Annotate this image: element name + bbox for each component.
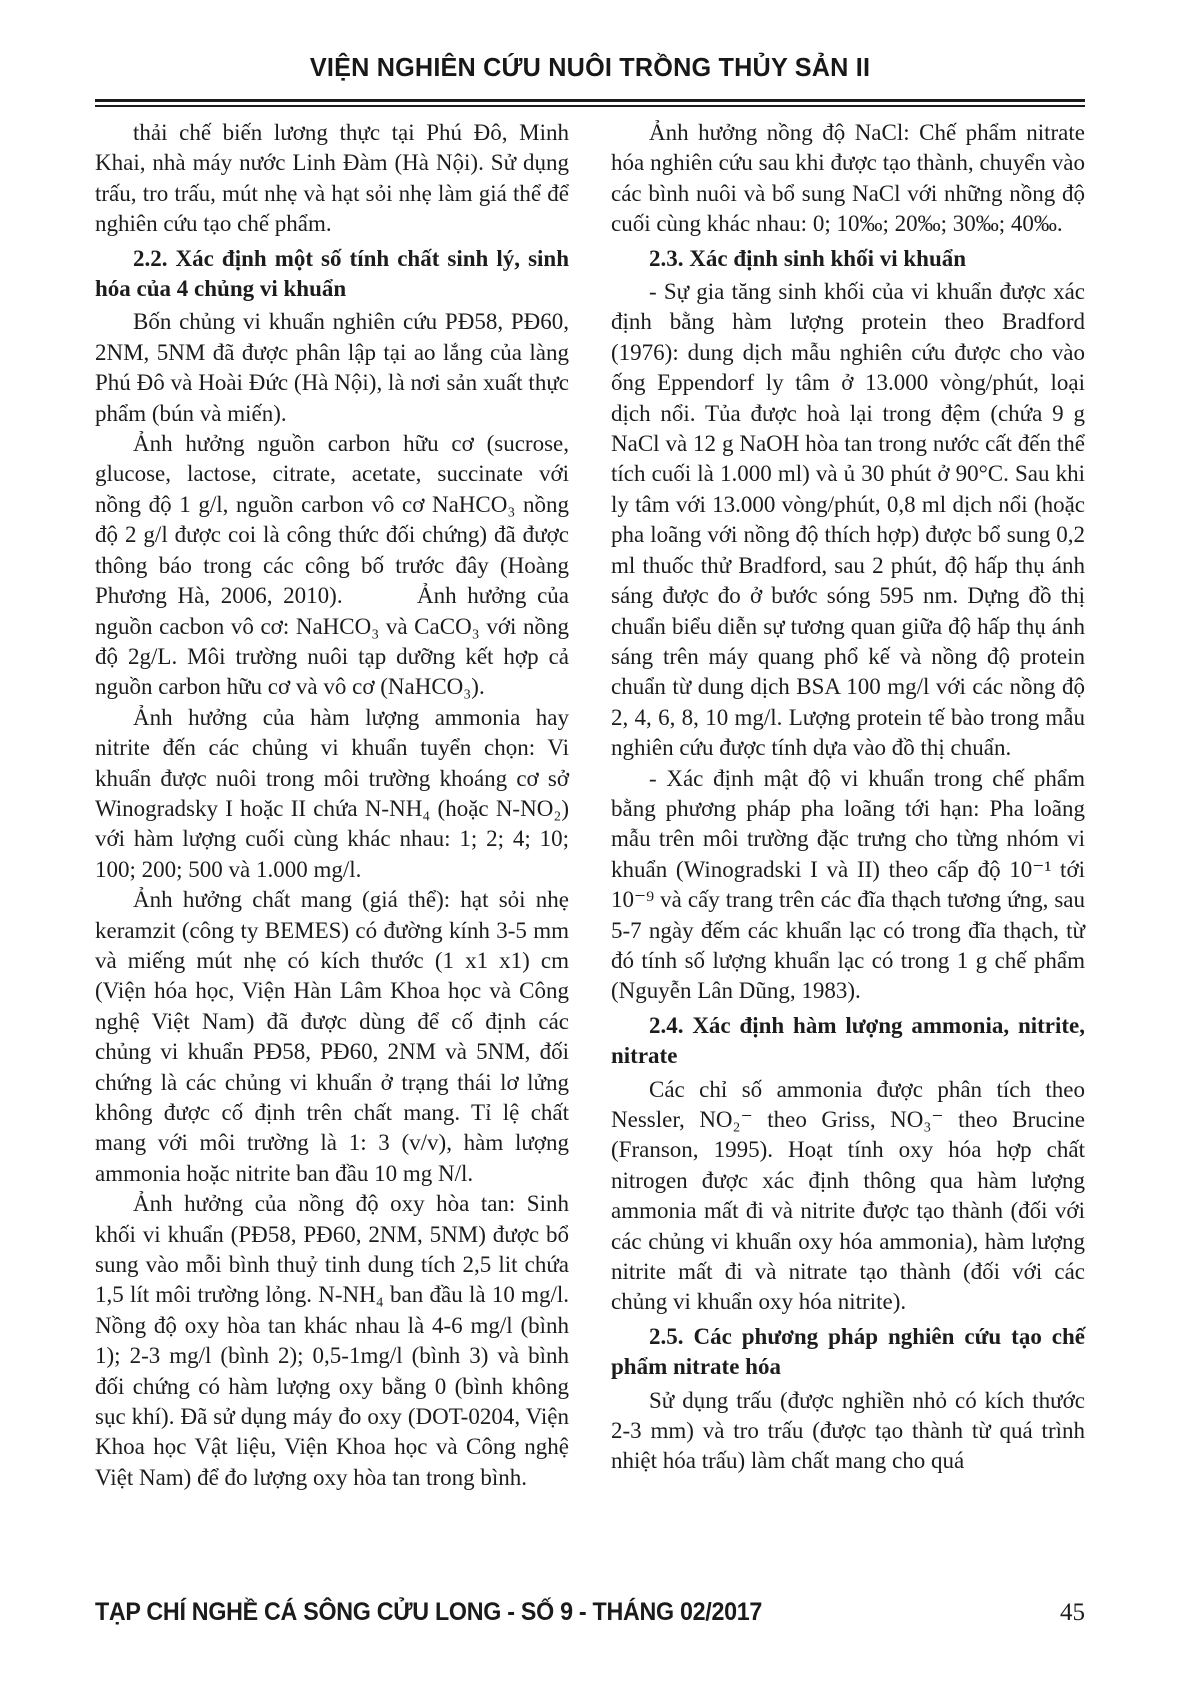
paragraph: - Xác định mật độ vi khuẩn trong chế phẩ… xyxy=(611,764,1085,1007)
paragraph: Bốn chủng vi khuẩn nghiên cứu PĐ58, PĐ60… xyxy=(95,307,569,429)
paragraph: Các chỉ số ammonia được phân tích theo N… xyxy=(611,1075,1085,1318)
paragraph: - Sự gia tăng sinh khối của vi khuẩn đượ… xyxy=(611,277,1085,764)
footer-journal-title: TẠP CHÍ NGHỀ CÁ SÔNG CỬU LONG - SỐ 9 - T… xyxy=(95,1598,762,1627)
paragraph: Ảnh hưởng chất mang (giá thể): hạt sỏi n… xyxy=(95,885,569,1189)
section-heading: 2.3. Xác định sinh khối vi khuẩn xyxy=(611,244,1085,274)
page-footer: TẠP CHÍ NGHỀ CÁ SÔNG CỬU LONG - SỐ 9 - T… xyxy=(95,1598,1085,1683)
paragraph: Sử dụng trấu (được nghiền nhỏ có kích th… xyxy=(611,1386,1085,1477)
paragraph: thải chế biến lương thực tại Phú Đô, Min… xyxy=(95,118,569,240)
journal-page: VIỆN NGHIÊN CỨU NUÔI TRỒNG THỦY SẢN II t… xyxy=(0,0,1181,1683)
section-heading: 2.2. Xác định một số tính chất sinh lý, … xyxy=(95,244,569,305)
two-column-body: thải chế biến lương thực tại Phú Đô, Min… xyxy=(95,118,1085,1493)
footer-page-number: 45 xyxy=(1060,1599,1085,1627)
paragraph: Ảnh hưởng của hàm lượng ammonia hay nitr… xyxy=(95,703,569,885)
section-heading: 2.5. Các phương pháp nghiên cứu tạo chế … xyxy=(611,1322,1085,1383)
paragraph: Ảnh hưởng của nồng độ oxy hòa tan: Sinh … xyxy=(95,1189,569,1493)
section-heading: 2.4. Xác định hàm lượng ammonia, nitrite… xyxy=(611,1011,1085,1072)
column-left: thải chế biến lương thực tại Phú Đô, Min… xyxy=(95,118,569,1493)
paragraph: Ảnh hưởng nồng độ NaCl: Chế phẩm nitrate… xyxy=(611,118,1085,240)
running-head-title: VIỆN NGHIÊN CỨU NUÔI TRỒNG THỦY SẢN II xyxy=(110,52,1070,83)
header-double-rule xyxy=(95,99,1085,107)
paragraph: Ảnh hưởng nguồn carbon hữu cơ (sucrose, … xyxy=(95,429,569,703)
column-right: Ảnh hưởng nồng độ NaCl: Chế phẩm nitrate… xyxy=(611,118,1085,1493)
